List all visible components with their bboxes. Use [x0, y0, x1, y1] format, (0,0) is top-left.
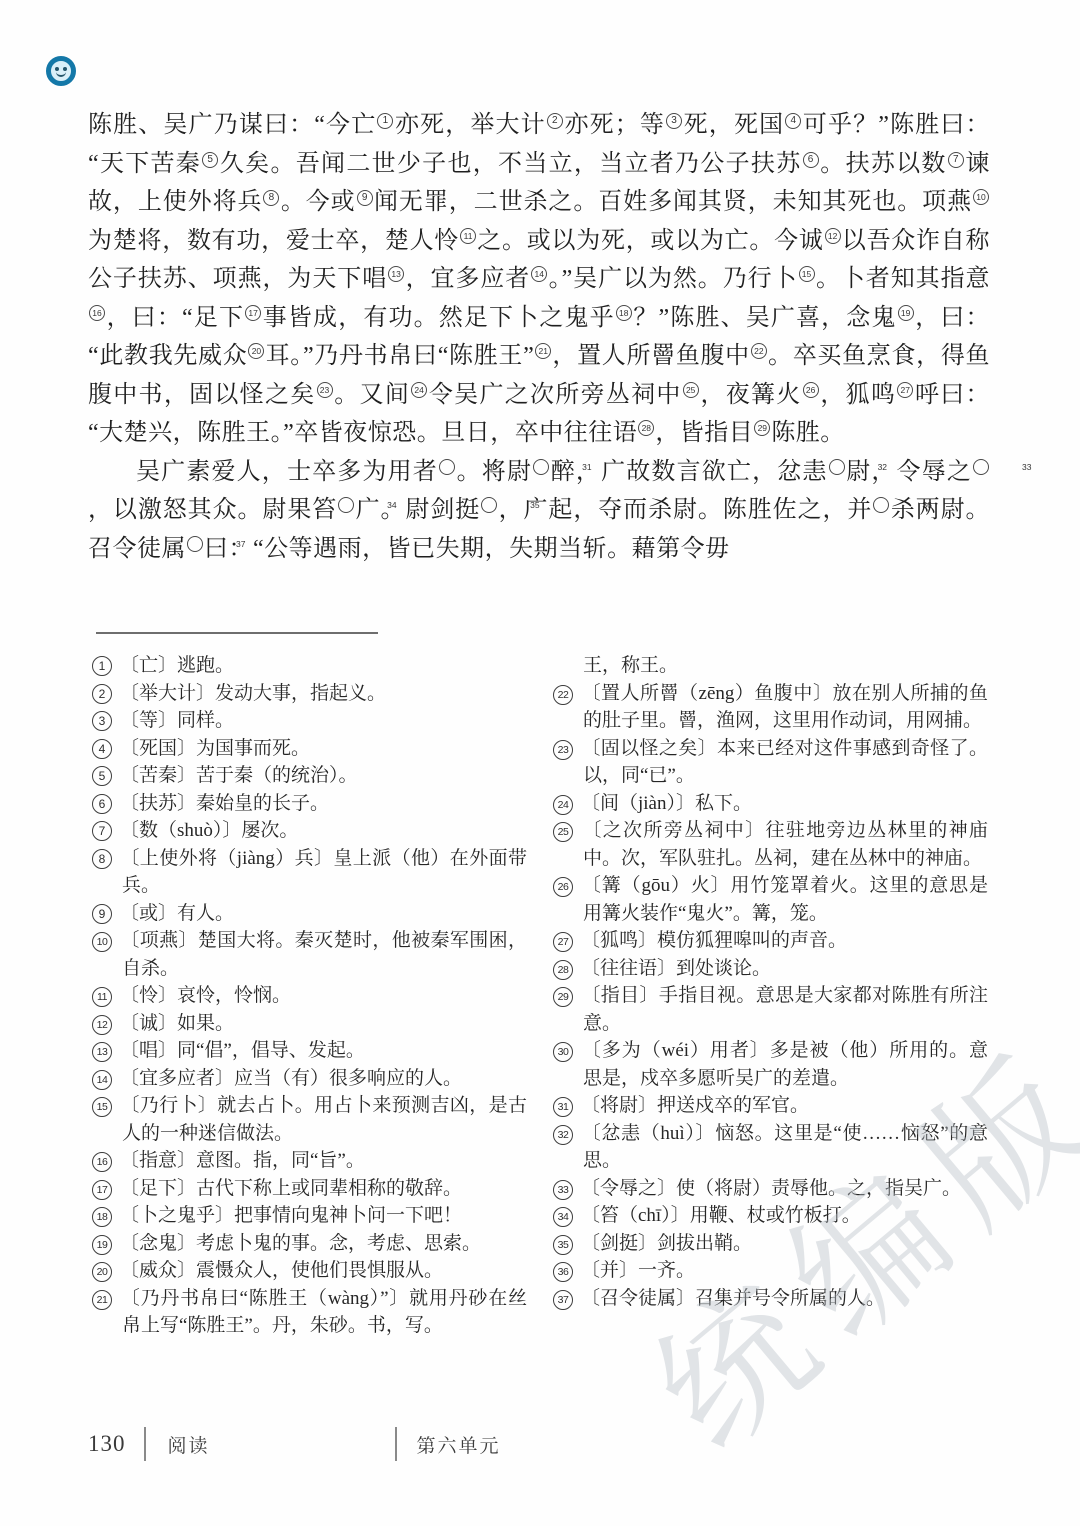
footnote-text: 〔指目〕手指目视。意思是大家都对陈胜有所注意。 — [581, 985, 988, 1034]
footnote-item: 29〔指目〕手指目视。意思是大家都对陈胜有所注意。 — [553, 982, 988, 1037]
footnote-number: 37 — [553, 1290, 573, 1310]
footnote-number: 35 — [553, 1235, 573, 1255]
page-number: 130 — [88, 1431, 126, 1457]
footnote-item: 11〔怜〕哀怜，怜悯。 — [92, 982, 527, 1010]
footnote-text: 〔召令徒属〕召集并号令所属的人。 — [581, 1288, 885, 1309]
footnote-item: 4〔死国〕为国事而死。 — [92, 735, 527, 763]
annotation-ref: 13 — [388, 266, 404, 282]
footnote-text: 〔项燕〕楚国大将。秦灭楚时，他被秦军围困，自杀。 — [120, 930, 527, 979]
footnote-number: 16 — [92, 1152, 112, 1172]
annotation-ref: 28 — [638, 420, 654, 436]
footnote-text: 〔唱〕同“倡”，倡导、发起。 — [120, 1040, 365, 1061]
footnote-text: 〔剑挺〕剑拔出鞘。 — [581, 1233, 752, 1254]
annotation-ref: 34 — [338, 497, 354, 513]
footnote-text: 〔并〕一齐。 — [581, 1260, 695, 1281]
footnote-number: 18 — [92, 1207, 112, 1227]
annotation-ref: 17 — [245, 305, 261, 321]
footnote-number: 12 — [92, 1015, 112, 1035]
footnote-item: 22〔置人所罾（zēng）鱼腹中〕放在别人所捕的鱼的肚子里。罾，渔网，这里用作动… — [553, 680, 988, 735]
footnote-text: 〔宜多应者〕应当（有）很多响应的人。 — [120, 1068, 462, 1089]
footnote-item: 34〔笞（chī）〕用鞭、杖或竹板打。 — [553, 1202, 988, 1230]
page-footer: 130 阅读 第六单元 — [88, 1424, 992, 1464]
footnote-text: 〔指意〕意图。指，同“旨”。 — [120, 1150, 365, 1171]
footnote-number: 24 — [553, 795, 573, 815]
footnote-number: 23 — [553, 740, 573, 760]
footnote-number: 27 — [553, 932, 573, 952]
annotation-ref: 4 — [785, 113, 801, 129]
footnote-number: 8 — [92, 849, 112, 869]
footnote-text: 〔置人所罾（zēng）鱼腹中〕放在别人所捕的鱼的肚子里。罾，渔网，这里用作动词，… — [581, 683, 988, 732]
smiley-eye-icon — [55, 67, 59, 71]
footnote-item: 3〔等〕同样。 — [92, 707, 527, 735]
footnote-number: 15 — [92, 1097, 112, 1117]
textbook-page: 陈胜、吴广乃谋曰：“今亡1亦死，举大计2亦死；等3死，死国4可乎？”陈胜曰：“天… — [0, 0, 1080, 1526]
footnote-item: 27〔狐鸣〕模仿狐狸嗥叫的声音。 — [553, 927, 988, 955]
footnote-item: 16〔指意〕意图。指，同“旨”。 — [92, 1147, 527, 1175]
footnote-text: 〔苦秦〕苦于秦（的统治）。 — [120, 765, 358, 786]
annotation-ref: 25 — [683, 382, 699, 398]
footnote-text: 王，称王。 — [583, 655, 678, 676]
footnote-number: 19 — [92, 1235, 112, 1255]
footnote-number: 1 — [92, 656, 112, 676]
annotation-ref: 9 — [357, 190, 373, 206]
footnote-text: 〔足下〕古代下称上或同辈相称的敬辞。 — [120, 1178, 462, 1199]
footnote-number: 31 — [553, 1097, 573, 1117]
footnote-number: 36 — [553, 1262, 573, 1282]
footnote-item: 7〔数（shuò）〕屡次。 — [92, 817, 527, 845]
footnote-number: 20 — [92, 1262, 112, 1282]
footnote-number: 21 — [92, 1290, 112, 1310]
footnote-number: 2 — [92, 684, 112, 704]
annotation-ref: 30 — [439, 459, 455, 475]
footnote-item: 5〔苦秦〕苦于秦（的统治）。 — [92, 762, 527, 790]
footnote-item: 31〔将尉〕押送戍卒的军官。 — [553, 1092, 988, 1120]
footnote-text: 〔威众〕震慑众人，使他们畏惧服从。 — [120, 1260, 443, 1281]
footnote-text: 〔数（shuò）〕屡次。 — [120, 820, 298, 841]
annotation-ref: 20 — [248, 343, 264, 359]
footnote-number: 34 — [553, 1207, 573, 1227]
footnote-number: 11 — [92, 987, 112, 1007]
annotation-ref: 32 — [829, 459, 845, 475]
footnote-text: 〔之次所旁丛祠中〕往驻地旁边丛林里的神庙中。次，军队驻扎。丛祠，建在丛林中的神庙… — [581, 820, 988, 869]
footnote-item: 1〔亡〕逃跑。 — [92, 652, 527, 680]
footnote-text: 〔举大计〕发动大事，指起义。 — [120, 683, 386, 704]
footnote-text: 〔或〕有人。 — [120, 903, 234, 924]
footnote-item: 12〔诚〕如果。 — [92, 1010, 527, 1038]
footnote-text: 〔怜〕哀怜，怜悯。 — [120, 985, 291, 1006]
annotation-ref: 35 — [481, 497, 497, 513]
footnotes-left-column: 1〔亡〕逃跑。2〔举大计〕发动大事，指起义。3〔等〕同样。4〔死国〕为国事而死。… — [92, 652, 527, 1340]
footnote-item: 10〔项燕〕楚国大将。秦灭楚时，他被秦军围困，自杀。 — [92, 927, 527, 982]
footnote-item: 6〔扶苏〕秦始皇的长子。 — [92, 790, 527, 818]
annotation-ref: 19 — [898, 305, 914, 321]
footnote-number: 25 — [553, 822, 573, 842]
footnote-item: 28〔往往语〕到处谈论。 — [553, 955, 988, 983]
footer-section-label: 阅读 — [168, 1431, 210, 1458]
annotation-ref: 27 — [897, 382, 913, 398]
footnote-number: 5 — [92, 766, 112, 786]
annotation-ref: 21 — [535, 343, 551, 359]
annotation-ref: 11 — [460, 228, 476, 244]
footnote-text: 〔固以怪之矣〕本来已经对这件事感到奇怪了。以，同“已”。 — [581, 738, 988, 787]
footnote-item: 21〔乃丹书帛曰“陈胜王（wàng）”〕就用丹砂在丝帛上写“陈胜王”。丹，朱砂。… — [92, 1285, 527, 1340]
footnote-number: 7 — [92, 821, 112, 841]
footnote-divider — [96, 632, 378, 634]
footer-unit-label: 第六单元 — [417, 1431, 501, 1458]
footnote-text: 〔亡〕逃跑。 — [120, 655, 234, 676]
footnote-number: 32 — [553, 1125, 573, 1145]
footer-divider-bar — [144, 1427, 146, 1461]
footnote-number: 10 — [92, 932, 112, 952]
footnote-item: 23〔固以怪之矣〕本来已经对这件事感到奇怪了。以，同“已”。 — [553, 735, 988, 790]
footnote-number: 28 — [553, 960, 573, 980]
annotation-ref: 18 — [616, 305, 632, 321]
annotation-ref: 16 — [89, 305, 105, 321]
footnote-item: 17〔足下〕古代下称上或同辈相称的敬辞。 — [92, 1175, 527, 1203]
footnote-item: 37〔召令徒属〕召集并号令所属的人。 — [553, 1285, 988, 1313]
footnote-number: 17 — [92, 1180, 112, 1200]
footnote-text: 〔诚〕如果。 — [120, 1013, 234, 1034]
annotation-ref: 6 — [803, 152, 819, 168]
annotation-ref: 14 — [531, 266, 547, 282]
smiley-mouth-icon — [56, 72, 66, 77]
body-paragraph: 吴广素爱人，士卒多为用者30。将尉31醉，广故数言欲亡，忿恚32尉，令辱之33，… — [88, 453, 990, 569]
annotation-ref: 8 — [263, 190, 279, 206]
footnotes: 1〔亡〕逃跑。2〔举大计〕发动大事，指起义。3〔等〕同样。4〔死国〕为国事而死。… — [92, 652, 988, 1340]
footnote-text: 〔死国〕为国事而死。 — [120, 738, 310, 759]
footnote-item: 24〔间（jiàn）〕私下。 — [553, 790, 988, 818]
footnote-text: 〔乃行卜〕就去占卜。用占卜来预测吉凶，是古人的一种迷信做法。 — [120, 1095, 527, 1144]
footnote-number: 13 — [92, 1042, 112, 1062]
footnote-item: 20〔威众〕震慑众人，使他们畏惧服从。 — [92, 1257, 527, 1285]
footnote-text: 〔笞（chī）〕用鞭、杖或竹板打。 — [581, 1205, 861, 1226]
annotation-ref: 22 — [751, 343, 767, 359]
annotation-ref: 5 — [202, 152, 218, 168]
footnote-text: 〔篝（gōu）火〕用竹笼罩着火。这里的意思是用篝火装作“鬼火”。篝，笼。 — [581, 875, 988, 924]
footnote-item: 33〔令辱之〕使（将尉）责辱他。之，指吴广。 — [553, 1175, 988, 1203]
annotation-ref: 26 — [803, 382, 819, 398]
footnote-item: 19〔念鬼〕考虑卜鬼的事。念，考虑、思索。 — [92, 1230, 527, 1258]
annotation-ref: 7 — [948, 152, 964, 168]
footnote-item: 9〔或〕有人。 — [92, 900, 527, 928]
footnote-item: 32〔忿恚（huì）〕恼怒。这里是“使……恼怒”的意思。 — [553, 1120, 988, 1175]
annotation-ref: 1 — [377, 113, 393, 129]
footnote-item: 14〔宜多应者〕应当（有）很多响应的人。 — [92, 1065, 527, 1093]
footnote-text: 〔扶苏〕秦始皇的长子。 — [120, 793, 329, 814]
footnote-item: 30〔多为（wéi）用者〕多是被（他）所用的。意思是，戍卒多愿听吴广的差遣。 — [553, 1037, 988, 1092]
footer-divider-bar — [395, 1427, 397, 1461]
footnote-text: 〔忿恚（huì）〕恼怒。这里是“使……恼怒”的意思。 — [581, 1123, 988, 1172]
footnote-text: 〔卜之鬼乎〕把事情向鬼神卜问一下吧！ — [120, 1205, 462, 1226]
footnote-item: 15〔乃行卜〕就去占卜。用占卜来预测吉凶，是古人的一种迷信做法。 — [92, 1092, 527, 1147]
annotation-ref: 31 — [533, 459, 549, 475]
annotation-ref: 10 — [973, 189, 989, 205]
footnote-item: 26〔篝（gōu）火〕用竹笼罩着火。这里的意思是用篝火装作“鬼火”。篝，笼。 — [553, 872, 988, 927]
annotation-ref: 2 — [547, 113, 563, 129]
annotation-ref: 12 — [825, 228, 841, 244]
footnote-number: 9 — [92, 904, 112, 924]
footnote-text: 〔上使外将（jiàng）兵〕皇上派（他）在外面带兵。 — [120, 848, 527, 897]
footnote-number: 6 — [92, 794, 112, 814]
footnote-text: 〔念鬼〕考虑卜鬼的事。念，考虑、思索。 — [120, 1233, 481, 1254]
main-text: 陈胜、吴广乃谋曰：“今亡1亦死，举大计2亦死；等3死，死国4可乎？”陈胜曰：“天… — [88, 106, 990, 568]
annotation-ref: 36 — [873, 497, 889, 513]
footnote-item: 13〔唱〕同“倡”，倡导、发起。 — [92, 1037, 527, 1065]
footnote-number: 4 — [92, 739, 112, 759]
footnote-item: 25〔之次所旁丛祠中〕往驻地旁边丛林里的神庙中。次，军队驻扎。丛祠，建在丛林中的… — [553, 817, 988, 872]
footnote-text: 〔间（jiàn）〕私下。 — [581, 793, 752, 814]
footnotes-right-column: 王，称王。22〔置人所罾（zēng）鱼腹中〕放在别人所捕的鱼的肚子里。罾，渔网，… — [553, 652, 988, 1340]
footnote-text: 〔乃丹书帛曰“陈胜王（wàng）”〕就用丹砂在丝帛上写“陈胜王”。丹，朱砂。书，… — [120, 1288, 527, 1337]
footnote-number: 30 — [553, 1042, 573, 1062]
annotation-ref: 3 — [666, 113, 682, 129]
smiley-eye-icon — [63, 67, 67, 71]
body-paragraph: 陈胜、吴广乃谋曰：“今亡1亦死，举大计2亦死；等3死，死国4可乎？”陈胜曰：“天… — [88, 106, 990, 453]
footnote-number: 14 — [92, 1070, 112, 1090]
footnote-number: 33 — [553, 1180, 573, 1200]
footnote-number: 22 — [553, 685, 573, 705]
annotation-ref: 29 — [754, 420, 770, 436]
footnote-number: 26 — [553, 877, 573, 897]
annotation-ref: 24 — [411, 382, 427, 398]
footnote-item: 35〔剑挺〕剑拔出鞘。 — [553, 1230, 988, 1258]
footnote-continuation: 王，称王。 — [553, 652, 988, 680]
annotation-ref: 15 — [799, 266, 815, 282]
annotation-ref: 23 — [317, 382, 333, 398]
footnote-number: 29 — [553, 987, 573, 1007]
footnote-text: 〔狐鸣〕模仿狐狸嗥叫的声音。 — [581, 930, 847, 951]
footnote-text: 〔将尉〕押送戍卒的军官。 — [581, 1095, 809, 1116]
footnote-item: 2〔举大计〕发动大事，指起义。 — [92, 680, 527, 708]
footnote-text: 〔往往语〕到处谈论。 — [581, 958, 771, 979]
footnote-text: 〔令辱之〕使（将尉）责辱他。之，指吴广。 — [581, 1178, 961, 1199]
footnote-text: 〔多为（wéi）用者〕多是被（他）所用的。意思是，戍卒多愿听吴广的差遣。 — [581, 1040, 988, 1089]
footnote-item: 18〔卜之鬼乎〕把事情向鬼神卜问一下吧！ — [92, 1202, 527, 1230]
footnote-number: 3 — [92, 711, 112, 731]
annotation-ref: 37 — [187, 536, 203, 552]
footnote-text: 〔等〕同样。 — [120, 710, 234, 731]
smiley-logo-icon — [46, 56, 76, 86]
annotation-ref: 33 — [973, 459, 989, 475]
footnote-item: 8〔上使外将（jiàng）兵〕皇上派（他）在外面带兵。 — [92, 845, 527, 900]
footnote-item: 36〔并〕一齐。 — [553, 1257, 988, 1285]
